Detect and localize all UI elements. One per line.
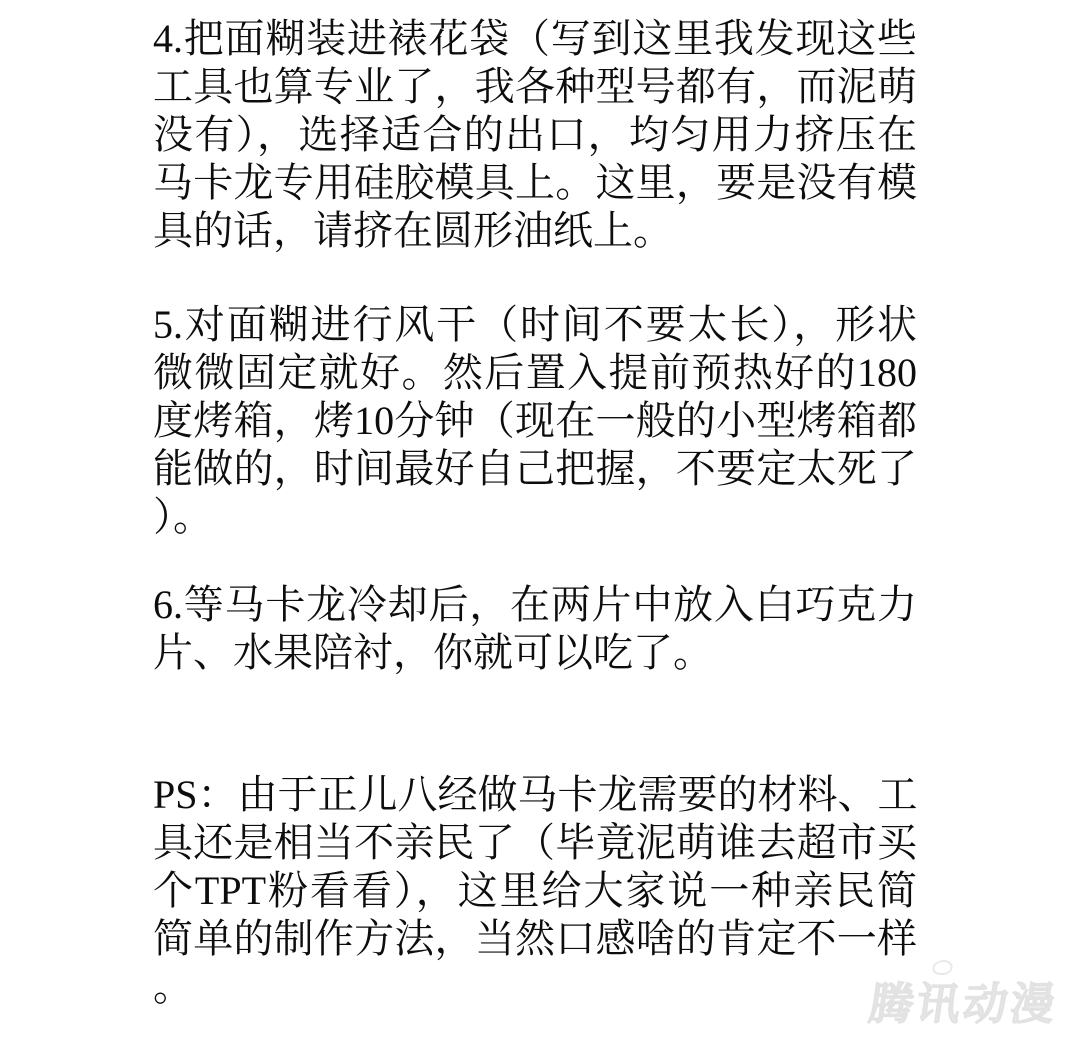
text-line: 个TPT粉看看），这里给大家说一种亲民简 bbox=[153, 867, 917, 915]
text-line: ）。 bbox=[153, 493, 917, 541]
paragraph-postscript: PS：由于正儿八经做马卡龙需要的材料、工具还是相当不亲民了（毕竟泥萌谁去超市买个… bbox=[153, 771, 917, 1011]
text-line: 4.把面糊装进裱花袋（写到这里我发现这些 bbox=[153, 15, 917, 63]
text-line: 微微固定就好。然后置入提前预热好的180 bbox=[153, 349, 917, 397]
text-line: 6.等马卡龙冷却后，在两片中放入白巧克力 bbox=[153, 581, 917, 629]
text-line: 片、水果陪衬，你就可以吃了。 bbox=[153, 629, 917, 677]
watermark-text: 腾讯动漫 bbox=[866, 980, 1061, 1029]
text-line: 度烤箱，烤10分钟（现在一般的小型烤箱都 bbox=[153, 397, 917, 445]
text-line: 没有），选择适合的出口，均匀用力挤压在 bbox=[153, 111, 917, 159]
text-line: 具还是相当不亲民了（毕竟泥萌谁去超市买 bbox=[153, 819, 917, 867]
text-line: 具的话，请挤在圆形油纸上。 bbox=[153, 207, 917, 255]
text-line: 马卡龙专用硅胶模具上。这里，要是没有模 bbox=[153, 159, 917, 207]
tencent-comics-watermark: 腾讯动漫 bbox=[866, 968, 1063, 1032]
recipe-text-content: 4.把面糊装进裱花袋（写到这里我发现这些工具也算专业了，我各种型号都有，而泥萌没… bbox=[153, 15, 917, 1011]
text-line: 能做的，时间最好自己把握，不要定太死了 bbox=[153, 445, 917, 493]
page: { "page": { "background_color": "#ffffff… bbox=[0, 0, 1080, 1038]
paragraphs-container: 4.把面糊装进裱花袋（写到这里我发现这些工具也算专业了，我各种型号都有，而泥萌没… bbox=[153, 15, 917, 1011]
watermark-mascot-icon bbox=[932, 960, 954, 975]
text-line: 工具也算专业了，我各种型号都有，而泥萌 bbox=[153, 63, 917, 111]
text-line: PS：由于正儿八经做马卡龙需要的材料、工 bbox=[153, 771, 917, 819]
paragraph-step-4: 4.把面糊装进裱花袋（写到这里我发现这些工具也算专业了，我各种型号都有，而泥萌没… bbox=[153, 15, 917, 255]
paragraph-step-5: 5.对面糊进行风干（时间不要太长），形状微微固定就好。然后置入提前预热好的180… bbox=[153, 301, 917, 541]
text-line: 。 bbox=[153, 963, 917, 1011]
text-line: 5.对面糊进行风干（时间不要太长），形状 bbox=[153, 301, 917, 349]
text-line: 简单的制作方法，当然口感啥的肯定不一样 bbox=[153, 915, 917, 963]
paragraph-step-6: 6.等马卡龙冷却后，在两片中放入白巧克力片、水果陪衬，你就可以吃了。 bbox=[153, 581, 917, 677]
